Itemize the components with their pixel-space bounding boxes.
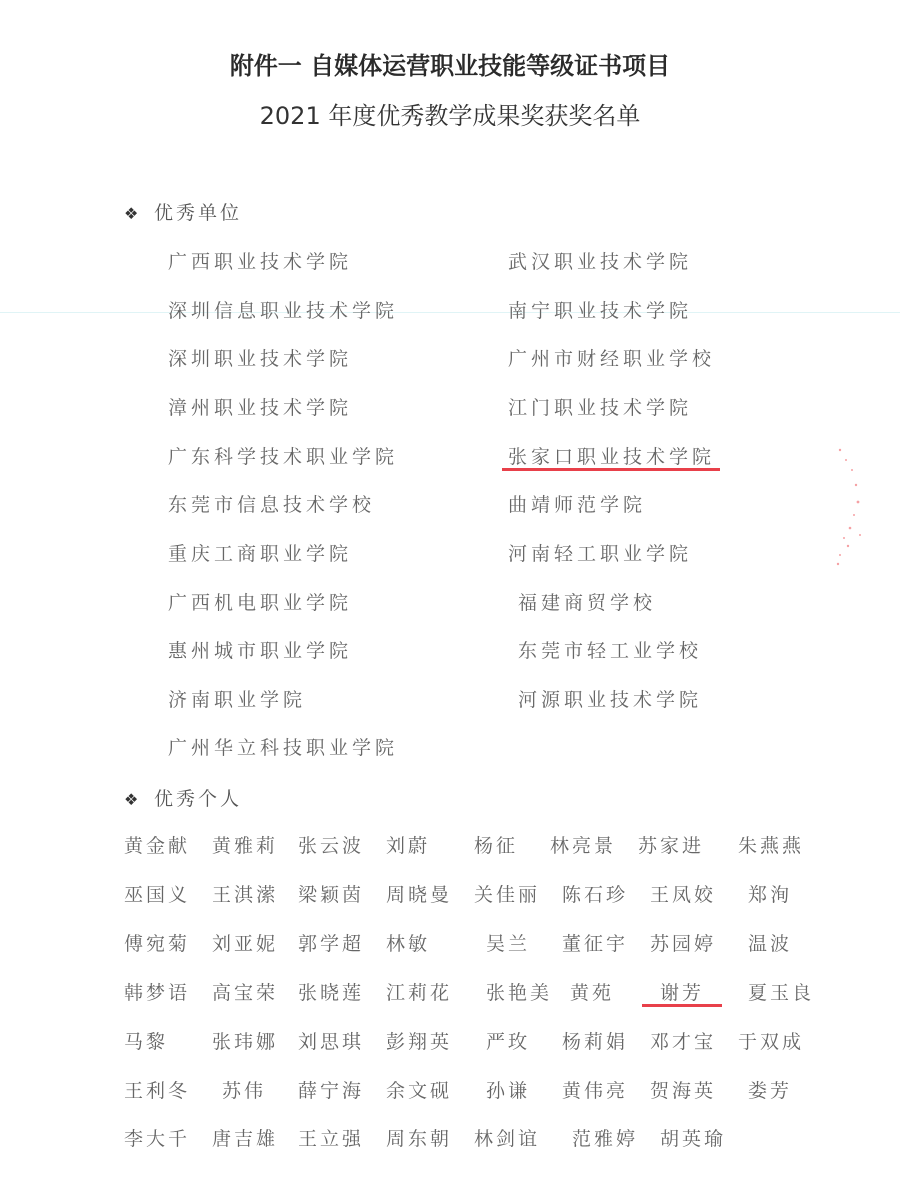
person-name: 陈石珍 (562, 880, 628, 907)
person-name: 林亮景 (550, 831, 616, 858)
person-name: 王利冬 (124, 1076, 190, 1103)
section-heading-individuals: ❖优秀个人 (124, 784, 242, 811)
person-name: 严玫 (486, 1027, 530, 1054)
org-item: 漳州职业技术学院 (168, 393, 352, 420)
org-item: 深圳信息职业技术学院 (168, 296, 398, 323)
person-name: 朱燕燕 (738, 831, 804, 858)
person-name: 黄伟亮 (562, 1076, 628, 1103)
person-name: 刘蔚 (386, 831, 430, 858)
org-item: 河南轻工职业学院 (508, 539, 692, 566)
org-item: 河源职业技术学院 (518, 685, 702, 712)
person-name: 马黎 (124, 1027, 168, 1054)
person-name: 孙谦 (486, 1076, 530, 1103)
person-name: 林敏 (386, 929, 430, 956)
org-item: 广州华立科技职业学院 (168, 733, 398, 760)
person-name-highlighted: 谢芳 (660, 978, 704, 1005)
diamond-bullet-icon: ❖ (124, 790, 140, 809)
person-name: 张艳美 (486, 978, 552, 1005)
person-name: 于双成 (738, 1027, 804, 1054)
person-name: 彭翔英 (386, 1027, 452, 1054)
person-name: 夏玉良 (748, 978, 814, 1005)
org-item-highlighted: 张家口职业技术学院 (508, 442, 715, 469)
org-item: 曲靖师范学院 (508, 490, 646, 517)
person-name: 黄苑 (570, 978, 614, 1005)
person-name: 梁颖茵 (298, 880, 364, 907)
person-name: 王淇潆 (212, 880, 278, 907)
person-name: 韩梦语 (124, 978, 190, 1005)
person-name: 郭学超 (298, 929, 364, 956)
person-name: 黄金献 (124, 831, 190, 858)
org-item: 东莞市信息技术学校 (168, 490, 375, 517)
diamond-bullet-icon: ❖ (124, 204, 140, 223)
seal-texture-icon (830, 440, 890, 580)
person-name: 贺海英 (650, 1076, 716, 1103)
person-name: 周晓曼 (386, 880, 452, 907)
person-name: 苏园婷 (650, 929, 716, 956)
person-name: 周东朝 (386, 1124, 452, 1151)
org-item: 广州市财经职业学校 (508, 344, 715, 371)
person-name: 邓才宝 (650, 1027, 716, 1054)
person-name: 王立强 (298, 1124, 364, 1151)
org-item: 深圳职业技术学院 (168, 344, 352, 371)
person-name: 唐吉雄 (212, 1124, 278, 1151)
person-name: 余文砚 (386, 1076, 452, 1103)
person-name: 杨征 (474, 831, 518, 858)
document-title-line1: 附件一 自媒体运营职业技能等级证书项目 (0, 46, 900, 81)
scan-line-artifact (0, 312, 900, 313)
person-name: 黄雅莉 (212, 831, 278, 858)
red-underline (502, 468, 720, 471)
section-title: 优秀个人 (154, 788, 242, 810)
org-item: 武汉职业技术学院 (508, 247, 692, 274)
person-name: 巫国义 (124, 880, 190, 907)
person-name: 高宝荣 (212, 978, 278, 1005)
person-name: 江莉花 (386, 978, 452, 1005)
person-name: 王凤姣 (650, 880, 716, 907)
person-name: 苏家进 (638, 831, 704, 858)
org-item: 重庆工商职业学院 (168, 539, 352, 566)
person-name: 吴兰 (486, 929, 530, 956)
person-name: 杨莉娟 (562, 1027, 628, 1054)
person-name: 关佳丽 (474, 880, 540, 907)
org-item: 广东科学技术职业学院 (168, 442, 398, 469)
red-underline (642, 1004, 722, 1007)
person-name: 傅宛菊 (124, 929, 190, 956)
org-item: 江门职业技术学院 (508, 393, 692, 420)
person-name: 张玮娜 (212, 1027, 278, 1054)
section-heading-units: ❖优秀单位 (124, 198, 242, 225)
person-name: 薛宁海 (298, 1076, 364, 1103)
person-name: 郑洵 (748, 880, 792, 907)
person-name: 刘思琪 (298, 1027, 364, 1054)
org-item: 广西机电职业学院 (168, 588, 352, 615)
person-name: 娄芳 (748, 1076, 792, 1103)
person-name: 胡英瑜 (660, 1124, 726, 1151)
org-item: 惠州城市职业学院 (168, 636, 352, 663)
person-name: 温波 (748, 929, 792, 956)
org-item: 济南职业学院 (168, 685, 306, 712)
person-name: 苏伟 (222, 1076, 266, 1103)
org-item: 广西职业技术学院 (168, 247, 352, 274)
person-name: 刘亚妮 (212, 929, 278, 956)
person-name: 李大千 (124, 1124, 190, 1151)
org-item: 南宁职业技术学院 (508, 296, 692, 323)
org-item: 东莞市轻工业学校 (518, 636, 702, 663)
person-name: 林剑谊 (474, 1124, 540, 1151)
org-item: 福建商贸学校 (518, 588, 656, 615)
person-name: 董征宇 (562, 929, 628, 956)
document-title-line2: 2021 年度优秀教学成果奖获奖名单 (0, 96, 900, 131)
section-title: 优秀单位 (154, 202, 242, 224)
person-name: 张云波 (298, 831, 364, 858)
person-name: 张晓莲 (298, 978, 364, 1005)
person-name: 范雅婷 (572, 1124, 638, 1151)
